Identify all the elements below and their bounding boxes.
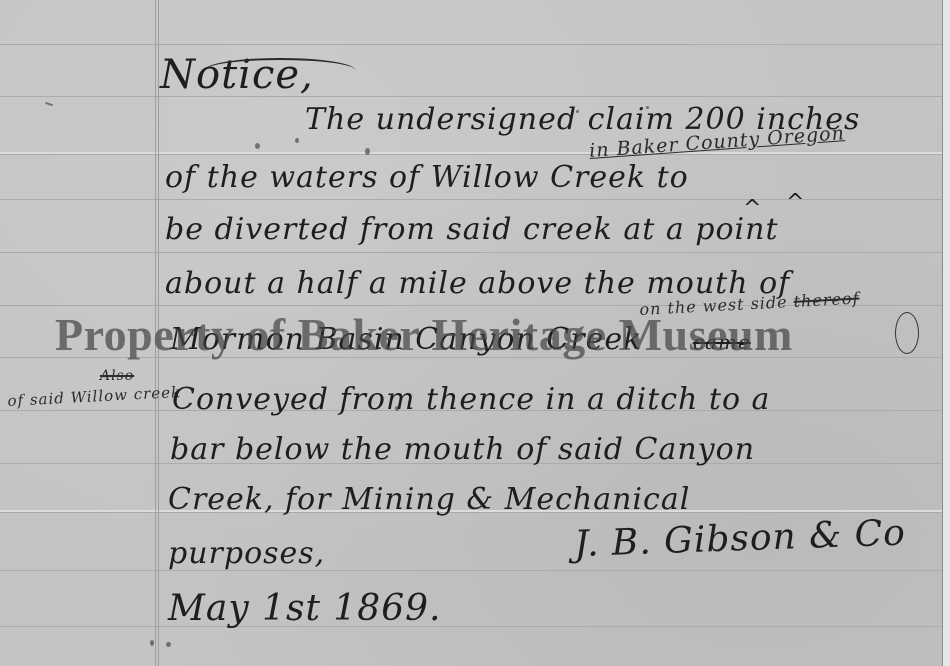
text-line-6: Conveyed from thence in a ditch to a — [172, 382, 770, 417]
ink-blot — [166, 642, 171, 647]
ink-blot — [295, 138, 299, 143]
heading-flourish — [205, 58, 355, 82]
signature: J. B. Gibson & Co — [574, 512, 907, 565]
insertion-caret: ^ — [786, 190, 804, 215]
ink-blot — [45, 102, 53, 106]
text-line-7: bar below the mouth of said Canyon — [170, 432, 755, 467]
ink-blot — [255, 143, 260, 149]
text-line-9: purposes, — [168, 536, 325, 571]
text-line-8: Creek, for Mining & Mechanical — [168, 482, 690, 517]
ruled-line — [0, 626, 942, 627]
insertion-loop — [895, 312, 919, 354]
ruled-line — [0, 44, 942, 45]
text-line-3: be diverted from said creek at a point — [165, 212, 779, 247]
insertion-caret: ^ — [743, 196, 761, 221]
ink-blot — [576, 110, 579, 113]
ink-blot — [365, 148, 370, 155]
margin-struck-word: Also — [100, 368, 134, 384]
ink-blot — [395, 406, 399, 411]
ruled-line — [0, 252, 942, 253]
ink-blot — [646, 106, 649, 109]
watermark: Property of Baker Heritage Museum — [55, 308, 793, 361]
ruled-line — [0, 570, 942, 571]
text-line-2: of the waters of Willow Creek to — [165, 160, 689, 195]
struck-word: thereof — [793, 289, 860, 311]
document-date: May 1st 1869. — [168, 588, 441, 629]
paper-fold — [0, 152, 942, 154]
ruled-line — [0, 96, 942, 97]
ink-blot — [150, 640, 154, 646]
document-scan: Notice, The undersigned claim 200 inches… — [0, 0, 950, 666]
paper-edge — [942, 0, 950, 666]
text-line-4: about a half a mile above the mouth of — [165, 266, 790, 301]
